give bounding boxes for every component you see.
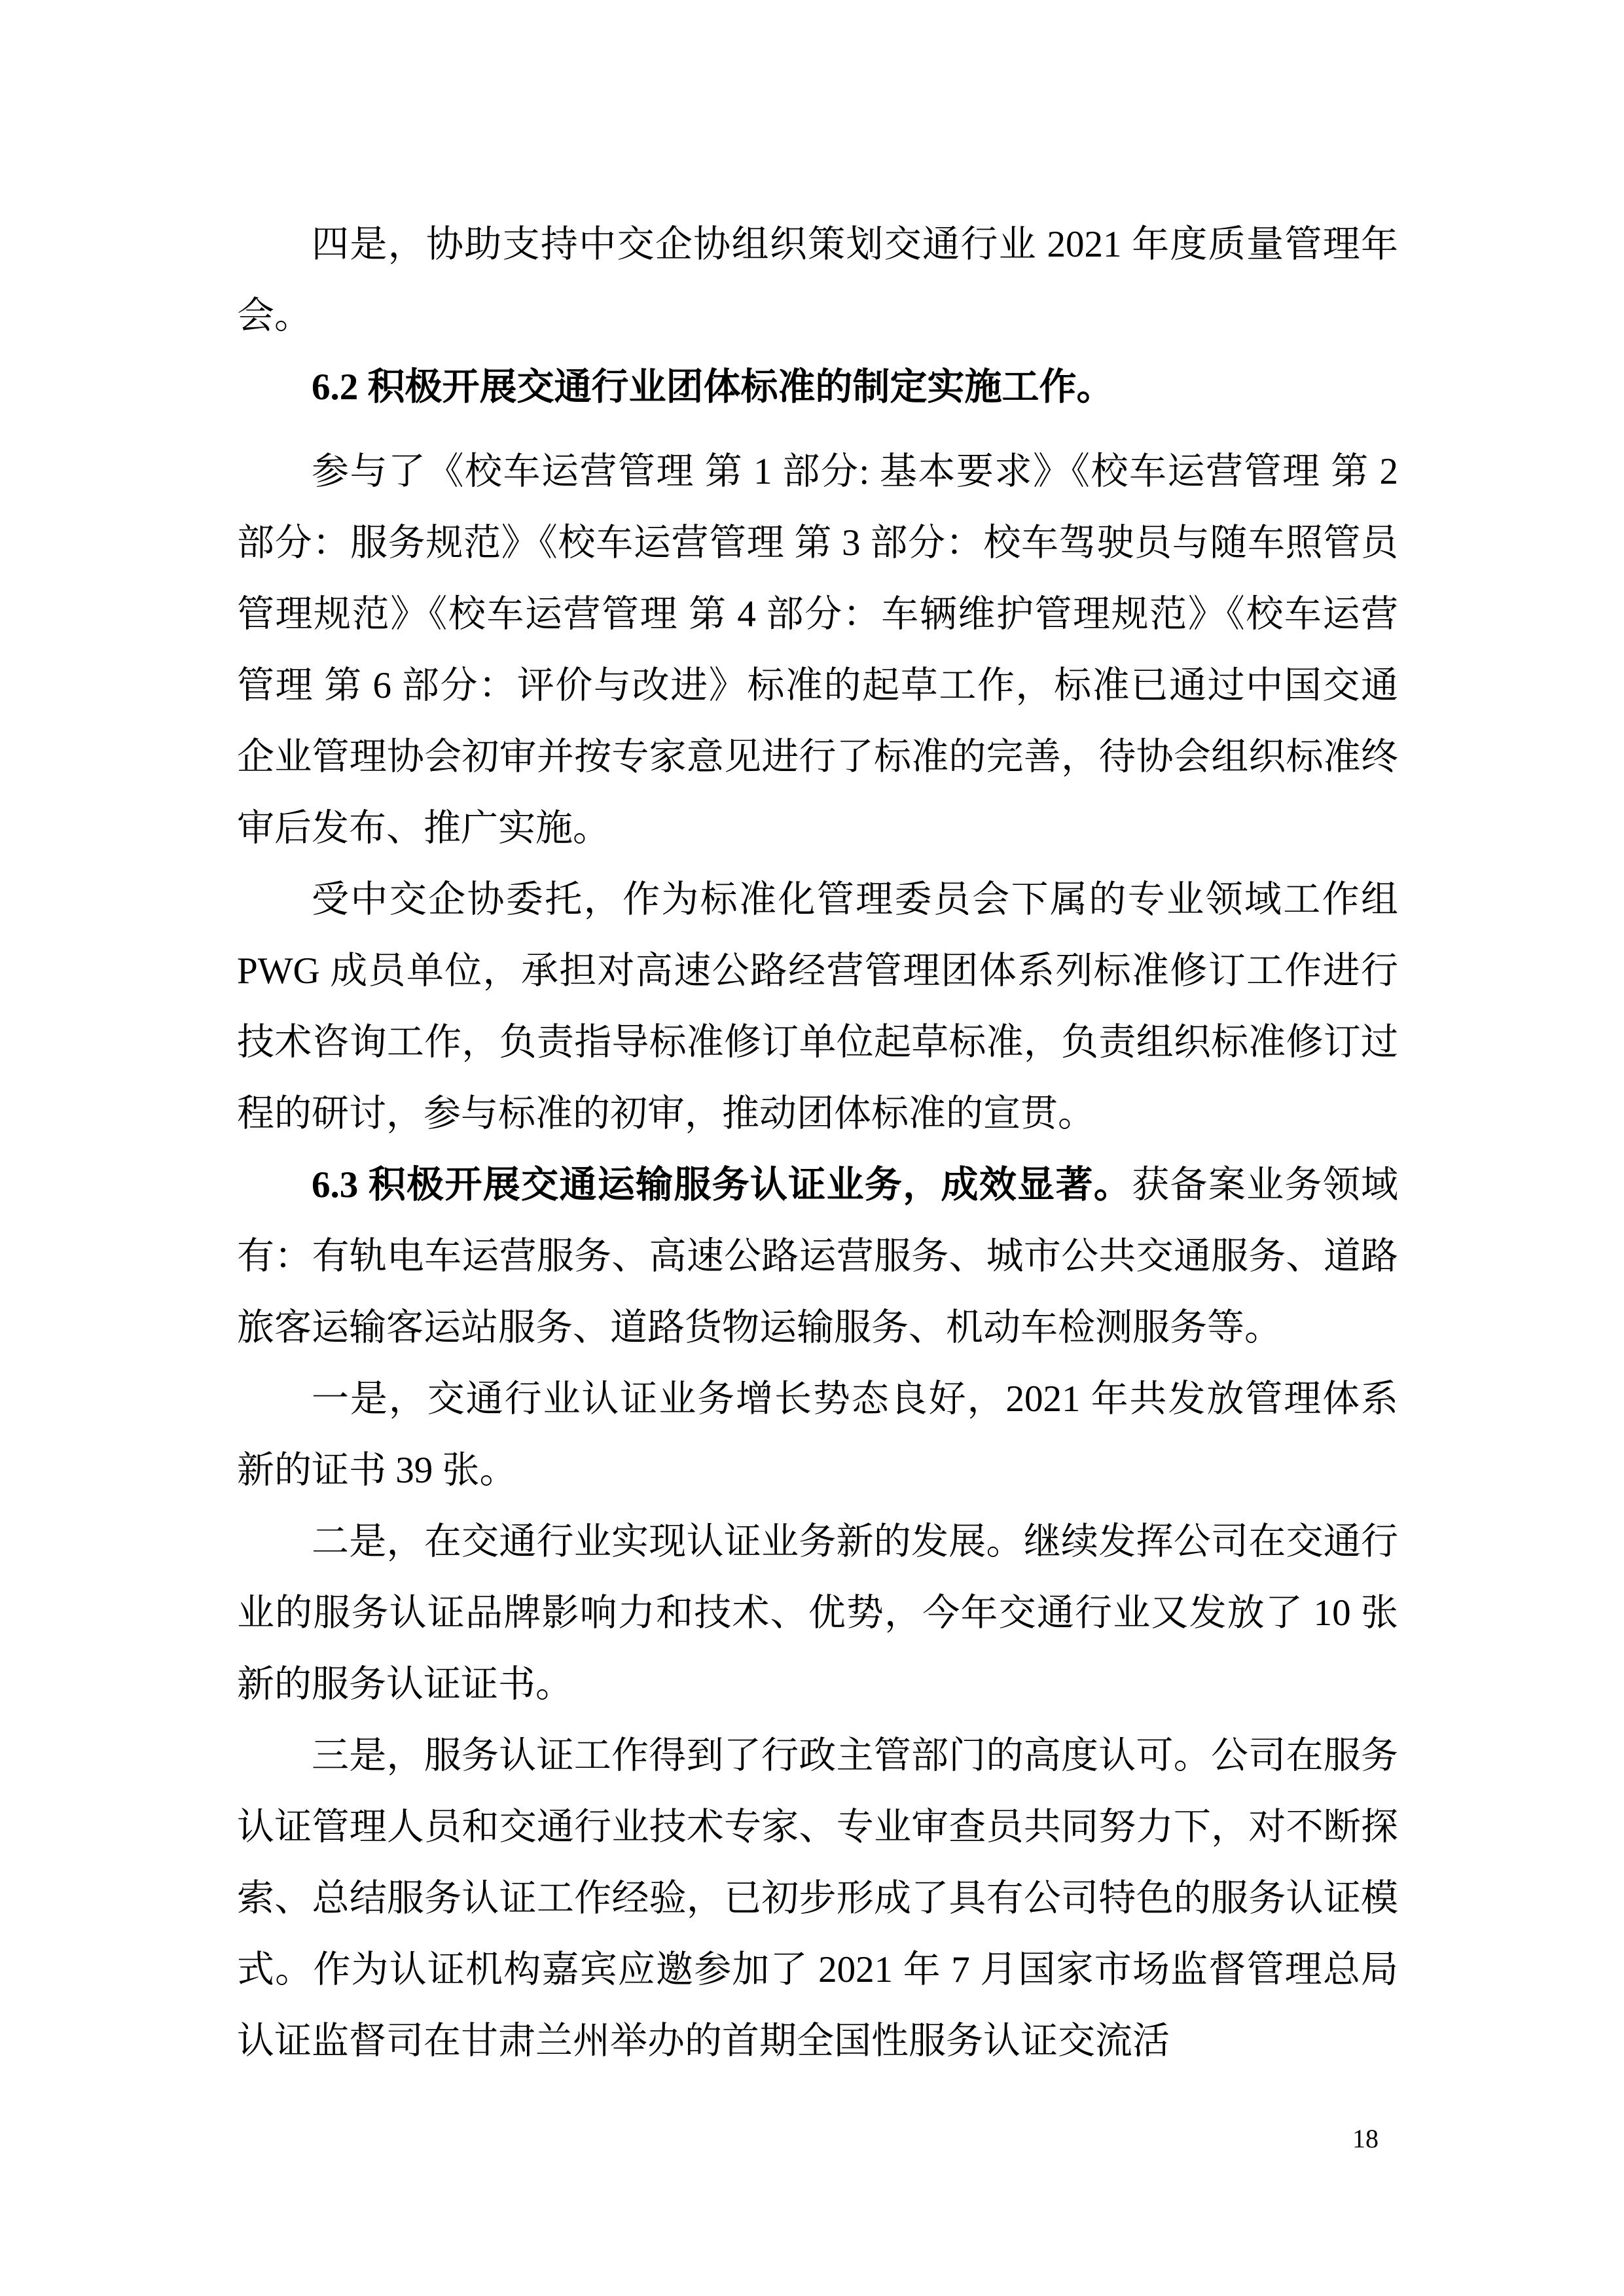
page-number: 18 xyxy=(1352,2126,1379,2152)
bold-text-segment: 6.3 积极开展交通运输服务认证业务，成效显著。 xyxy=(312,1164,1132,1206)
paragraph: 6.3 积极开展交通运输服务认证业务，成效显著。获备案业务领域有：有轨电车运营服… xyxy=(237,1149,1398,1363)
paragraph: 受中交企协委托，作为标准化管理委员会下属的专业领域工作组 PWG 成员单位，承担… xyxy=(237,864,1398,1149)
text-segment: 四是，协助支持中交企协组织策划交通行业 2021 年度质量管理年会。 xyxy=(237,224,1398,336)
text-segment: 三是，服务认证工作得到了行政主管部门的高度认可。公司在服务认证管理人员和交通行业… xyxy=(237,1735,1398,2062)
text-segment: 参与了《校车运营管理 第 1 部分: 基本要求》《校车运营管理 第 2 部分：服… xyxy=(237,451,1398,849)
text-segment: 二是，在交通行业实现认证业务新的发展。继续发挥公司在交通行业的服务认证品牌影响力… xyxy=(237,1521,1398,1705)
paragraph: 参与了《校车运营管理 第 1 部分: 基本要求》《校车运营管理 第 2 部分：服… xyxy=(237,436,1398,864)
paragraph: 一是，交通行业认证业务增长势态良好，2021 年共发放管理体系新的证书 39 张… xyxy=(237,1363,1398,1506)
document-body: 四是，协助支持中交企协组织策划交通行业 2021 年度质量管理年会。6.2 积极… xyxy=(237,209,1398,2077)
section-heading: 6.2 积极开展交通行业团体标准的制定实施工作。 xyxy=(237,351,1398,423)
text-segment: 受中交企协委托，作为标准化管理委员会下属的专业领域工作组 PWG 成员单位，承担… xyxy=(237,879,1398,1134)
bold-text-segment: 6.2 积极开展交通行业团体标准的制定实施工作。 xyxy=(312,367,1114,408)
paragraph: 三是，服务认证工作得到了行政主管部门的高度认可。公司在服务认证管理人员和交通行业… xyxy=(237,1720,1398,2077)
text-segment: 一是，交通行业认证业务增长势态良好，2021 年共发放管理体系新的证书 39 张… xyxy=(237,1378,1398,1491)
paragraph: 二是，在交通行业实现认证业务新的发展。继续发挥公司在交通行业的服务认证品牌影响力… xyxy=(237,1506,1398,1720)
document-page: 四是，协助支持中交企协组织策划交通行业 2021 年度质量管理年会。6.2 积极… xyxy=(0,0,1624,2296)
paragraph: 四是，协助支持中交企协组织策划交通行业 2021 年度质量管理年会。 xyxy=(237,209,1398,351)
